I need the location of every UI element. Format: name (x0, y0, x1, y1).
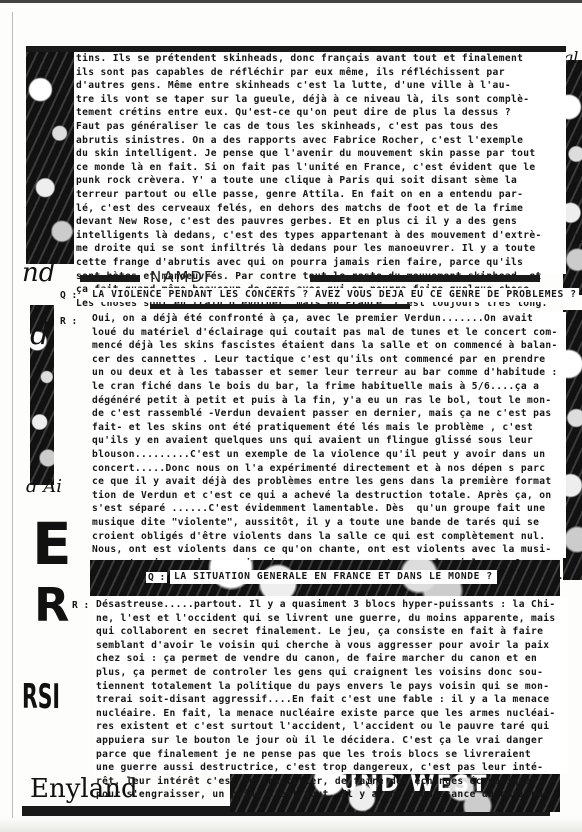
scan-bottom-edge (0, 818, 582, 832)
text-line: punk rock crèvera. Y' a toute une clique… (76, 174, 564, 188)
question-2-label: Q : (146, 572, 167, 583)
collage-script-d: d (30, 320, 49, 350)
answer-1-text: Oui, on a déjà été confronté à ça, avec … (90, 312, 566, 558)
text-line: ce que il y avait déjà des problèmes ent… (92, 475, 564, 489)
text-line: fait- et les skins ont été pratiquement … (92, 421, 564, 435)
text-line: dégénéré petit à petit et puis à la fin,… (92, 394, 564, 408)
text-line: Oui, on a déjà été confronté à ça, avec … (92, 312, 564, 326)
text-line: un ou deux et à les tabasser et semer le… (92, 366, 564, 380)
text-line: semblant d'avoir le voisin qui cherche à… (96, 639, 566, 653)
text-line: terreur partout ou elle passe, genre Att… (76, 188, 564, 202)
torn-headline-fragment: NAMDF (150, 268, 215, 286)
answer-2-label: R : (72, 600, 89, 611)
collage-letter-r: R (34, 582, 69, 628)
text-line: lé, c'est des cerveaux felés, en dehors … (76, 202, 564, 216)
intro-paragraph: tins. Ils se prétendent skinheads, donc … (74, 52, 566, 274)
question-1-label: Q : (60, 290, 77, 301)
text-line: Désastreuse.....partout. Il y a quasimen… (96, 598, 566, 612)
text-line: devant New Rose, c'est des pauvres gerbe… (76, 215, 564, 229)
text-line: du skin intelligent. Je pense que l'aven… (76, 147, 564, 161)
answer-2-text: Désastreuse.....partout. Il y a quasimen… (94, 598, 568, 774)
collage-photo-crowd-left (26, 46, 74, 264)
text-line: nucléaire. En fait, la menace nucléaire … (96, 707, 566, 721)
collage-letter-e: E (32, 515, 72, 573)
torn-strip-3 (150, 304, 410, 309)
text-line: ce monde là en fait. Si on fait pas l'un… (76, 161, 564, 175)
text-line: appuiera sur le bouton le jour où il le … (96, 734, 566, 748)
text-line: pour s'engraisser, un point c'est tout. … (96, 788, 566, 802)
question-1-text: LA VIOLENCE PENDANT LES CONCERTS ? AVEZ … (90, 288, 579, 302)
text-line: croient obligés d'être violents dans la … (92, 530, 564, 544)
text-line: le cran fiché dans le bois du bar, la fr… (92, 380, 564, 394)
torn-strip-2 (310, 275, 540, 282)
question-2-text: LA SITUATION GENERALE EN FRANCE ET DANS … (170, 570, 497, 584)
text-line: tion de Verdun et c'est ce qui a achevé … (92, 489, 564, 503)
text-line: tement crétins entre eux. Qu'est-ce qu'o… (76, 106, 564, 120)
text-line: parce que finalement je ne pense pas que… (96, 748, 566, 762)
text-line: trerai soit-disant aggressif....En fait … (96, 693, 566, 707)
collage-script-d-ai: d Ai (26, 478, 62, 496)
torn-strip-1 (80, 275, 140, 282)
collage-letters-rsi: RSI (22, 680, 60, 714)
scan-top-edge (0, 0, 582, 3)
text-line: tiennent totalement la politique du pays… (96, 680, 566, 694)
text-line: ils sont pas capables de réfléchir par e… (76, 66, 564, 80)
page-edge-line (12, 12, 13, 822)
text-line: cer des cannettes . Leur tactique c'est … (92, 353, 564, 367)
text-line: ne, l'est et l'occident qui se livrent u… (96, 612, 566, 626)
text-line: tre ils vont se taper sur la gueule, déj… (76, 93, 564, 107)
collage-script-nd: nd (22, 260, 55, 286)
text-line: mencé déjà les skins fascistes étaient d… (92, 339, 564, 353)
text-line: plus, ça permet de controler les gens qu… (96, 666, 566, 680)
text-line: de c'est rassemblé -Verdun devaient pass… (92, 407, 564, 421)
text-line: une guerre aussi destructrice, c'est tro… (96, 761, 566, 775)
text-line: chez soi : ça permet de vendre du canon,… (96, 652, 566, 666)
text-line: Nous, ont est violents dans ce qu'on cha… (92, 543, 564, 557)
text-line: qu'ils y en avaient quelques uns qui ava… (92, 434, 564, 448)
text-line: res existent et c'est surtout l'accident… (96, 720, 566, 734)
text-line: Faut pas généraliser le cas de tous les … (76, 120, 564, 134)
text-line: qui collaborent en secret finalement. Le… (96, 625, 566, 639)
text-line: tins. Ils se prétendent skinheads, donc … (76, 52, 564, 66)
zine-page: nd d d Ai E R RSI Enyland gl eu UND WEST… (0, 0, 582, 832)
text-line: s'est séparé ......C'est évidemment lame… (92, 502, 564, 516)
text-line: me droite qui se sont infiltrés là dedan… (76, 242, 564, 256)
text-line: rêt, leur intérêt c'est de fructifier, d… (96, 775, 566, 789)
text-line: abrutis sinistres. On a des rapports ave… (76, 134, 564, 148)
answer-1-label: R : (60, 316, 77, 327)
text-line: intelligents là dedans, c'est des types … (76, 229, 564, 243)
text-line: d'autres gens. Même entre skinheads c'es… (76, 79, 564, 93)
text-line: musique dite "violente", aussitôt, il y … (92, 516, 564, 530)
text-line: concert.....Donc nous on l'a expérimenté… (92, 462, 564, 476)
text-line: loué du matériel d'éclairage qui coutait… (92, 326, 564, 340)
collage-script-eu: eu (564, 230, 582, 246)
text-line: blouson.........C'est un exemple de la v… (92, 448, 564, 462)
